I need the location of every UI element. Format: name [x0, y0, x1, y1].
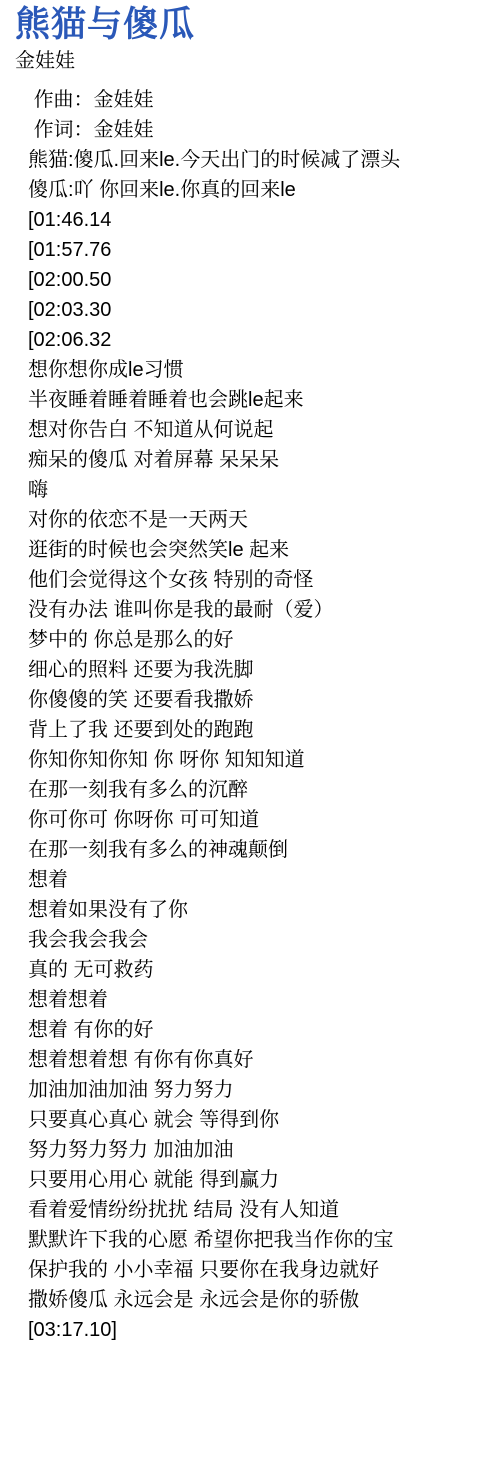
lyric-line: [01:57.76: [28, 235, 500, 265]
lyric-line: 看着爱情纷纷扰扰 结局 没有人知道: [28, 1195, 500, 1225]
artist-name: 金娃娃: [15, 47, 500, 75]
lyric-line: 梦中的 你总是那么的好: [28, 625, 500, 655]
lyric-line: 想对你告白 不知道从何说起: [28, 415, 500, 445]
lyric-line: [01:46.14: [28, 205, 500, 235]
lyric-line: 对你的依恋不是一天两天: [28, 505, 500, 535]
lyric-line: 撒娇傻瓜 永远会是 永远会是你的骄傲: [28, 1285, 500, 1315]
lyric-line: 你知你知你知 你 呀你 知知知道: [28, 745, 500, 775]
lyric-line: 想着: [28, 865, 500, 895]
song-title[interactable]: 熊猫与傻瓜: [15, 3, 500, 47]
lyric-line: 细心的照料 还要为我洗脚: [28, 655, 500, 685]
lyric-line: [03:17.10]: [28, 1315, 500, 1345]
lyric-line: 真的 无可救药: [28, 955, 500, 985]
lyric-line: 熊猫:傻瓜.回来le.今天出门的时候减了漂头: [28, 145, 500, 175]
lyric-lines: 熊猫:傻瓜.回来le.今天出门的时候减了漂头傻瓜:吖 你回来le.你真的回来le…: [28, 145, 500, 1345]
lyric-line: 你可你可 你呀你 可可知道: [28, 805, 500, 835]
composer-line: 作曲：金娃娃: [28, 85, 500, 115]
lyric-line: 没有办法 谁叫你是我的最耐（爱）: [28, 595, 500, 625]
lyric-line: [02:00.50: [28, 265, 500, 295]
lyrics-content: 作曲：金娃娃 作词：金娃娃 熊猫:傻瓜.回来le.今天出门的时候减了漂头傻瓜:吖…: [28, 85, 500, 1345]
lyrics-page: 熊猫与傻瓜 金娃娃 作曲：金娃娃 作词：金娃娃 熊猫:傻瓜.回来le.今天出门的…: [0, 0, 500, 1477]
lyric-line: [02:06.32: [28, 325, 500, 355]
lyric-line: 想着想着想 有你有你真好: [28, 1045, 500, 1075]
lyric-line: 傻瓜:吖 你回来le.你真的回来le: [28, 175, 500, 205]
lyric-line: 努力努力努力 加油加油: [28, 1135, 500, 1165]
lyric-line: 默默许下我的心愿 希望你把我当作你的宝: [28, 1225, 500, 1255]
lyric-line: [02:03.30: [28, 295, 500, 325]
lyric-line: 我会我会我会: [28, 925, 500, 955]
lyric-line: 在那一刻我有多么的神魂颠倒: [28, 835, 500, 865]
lyric-line: 背上了我 还要到处的跑跑: [28, 715, 500, 745]
lyric-line: 想着如果没有了你: [28, 895, 500, 925]
lyric-line: 嗨: [28, 475, 500, 505]
lyric-line: 在那一刻我有多么的沉醉: [28, 775, 500, 805]
lyric-line: 保护我的 小小幸福 只要你在我身边就好: [28, 1255, 500, 1285]
lyric-line: 加油加油加油 努力努力: [28, 1075, 500, 1105]
lyric-line: 逛街的时候也会突然笑le 起来: [28, 535, 500, 565]
lyric-line: 只要用心用心 就能 得到赢力: [28, 1165, 500, 1195]
lyric-line: 想你想你成le习惯: [28, 355, 500, 385]
lyric-line: 想着 有你的好: [28, 1015, 500, 1045]
lyric-line: 痴呆的傻瓜 对着屏幕 呆呆呆: [28, 445, 500, 475]
lyric-line: 他们会觉得这个女孩 特别的奇怪: [28, 565, 500, 595]
lyric-line: 半夜睡着睡着睡着也会跳le起来: [28, 385, 500, 415]
lyric-line: 只要真心真心 就会 等得到你: [28, 1105, 500, 1135]
lyricist-line: 作词：金娃娃: [28, 115, 500, 145]
lyric-line: 你傻傻的笑 还要看我撒娇: [28, 685, 500, 715]
lyric-line: 想着想着: [28, 985, 500, 1015]
